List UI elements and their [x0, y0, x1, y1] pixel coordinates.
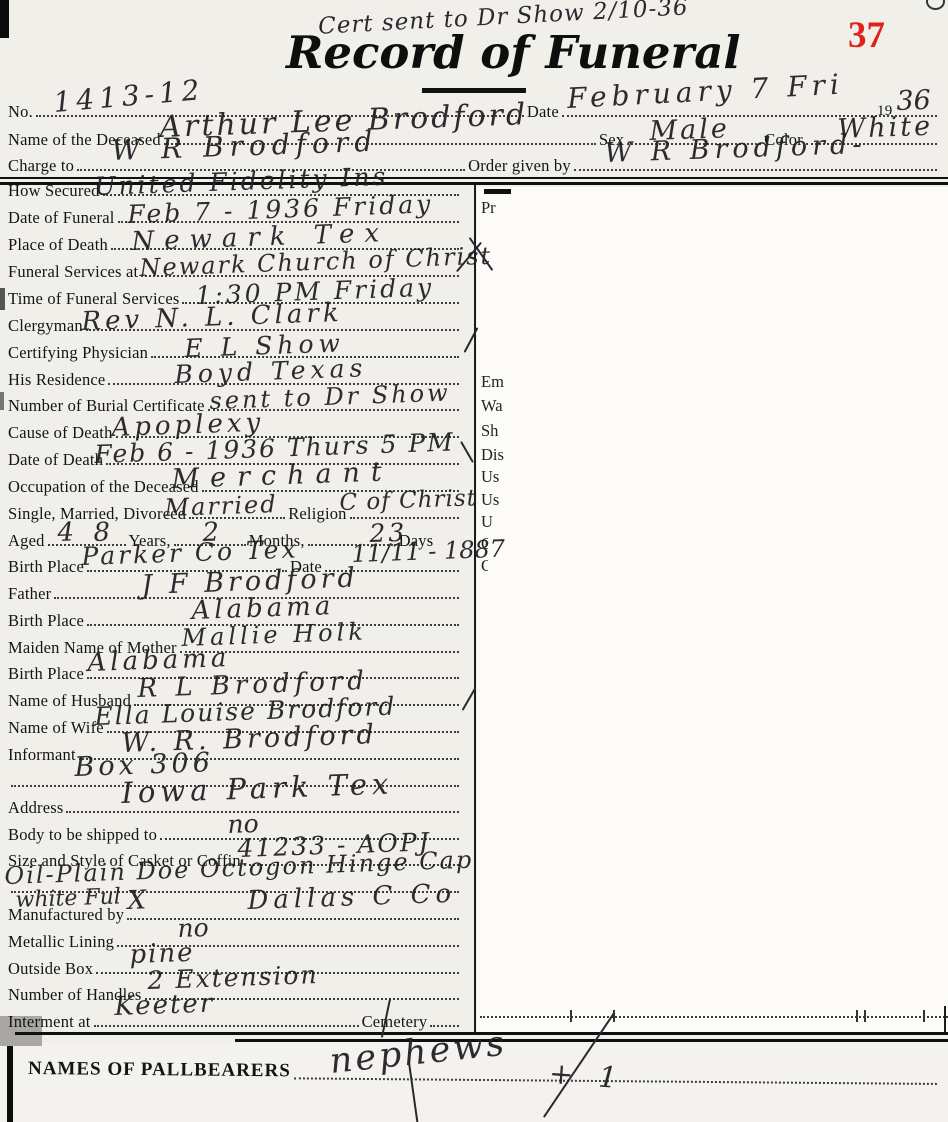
table-column-tick — [856, 1010, 858, 1022]
field-label: Funeral Services at — [8, 264, 138, 281]
field-label: Birth Place — [8, 613, 84, 630]
field-label: Place of Death — [8, 237, 108, 254]
right-col-label-u: U — [481, 512, 493, 532]
table-column-tick — [570, 1010, 572, 1022]
punch-hole-mark — [926, 0, 945, 10]
aged-label: Aged — [8, 533, 45, 550]
document-title: Record of Funeral — [286, 26, 716, 79]
field-label: Certifying Physician — [8, 345, 148, 362]
field-label: Outside Box — [8, 961, 93, 978]
field-label: Body to be shipped to — [8, 827, 157, 844]
dotted-line — [430, 1024, 459, 1027]
date-label: Date — [527, 104, 559, 121]
field-label: Occupation of the Deceased — [8, 479, 199, 496]
pallbearers-label: NAMES OF PALLBEARERS — [28, 1058, 291, 1082]
right-col-label-pr: Pr — [481, 198, 496, 218]
field-label: Informant — [8, 747, 76, 764]
table-edge-line — [944, 1006, 946, 1034]
field-label: Birth Place — [8, 666, 84, 683]
right-col-label-c2: C — [481, 556, 488, 576]
field-label: Name of Wife — [8, 720, 104, 737]
dotted-line — [66, 810, 459, 813]
right-col-label-em: Em — [481, 372, 504, 392]
birthplace-label: Birth Place — [8, 559, 84, 576]
field-label: Address — [8, 800, 63, 817]
order-given-by-label: Order given by — [468, 158, 571, 175]
field-label: Cause of Death — [8, 425, 113, 442]
dotted-line — [574, 168, 937, 171]
no-label: No. — [8, 104, 33, 121]
field-label: Clergyman — [8, 318, 83, 335]
page-number: 37 — [848, 14, 885, 57]
cemetery-label: Cemetery — [362, 1014, 428, 1031]
hw-casket-trim: white Ful — [15, 884, 121, 913]
field-label: Date of Death — [8, 452, 103, 469]
right-col-label-dis: Dis — [481, 445, 504, 465]
scan-artifact — [0, 392, 4, 410]
form-row-metallic-lining: Metallic Lining — [8, 928, 462, 950]
right-col-label-c1: C — [481, 534, 488, 554]
right-col-label-us1: Us — [481, 467, 499, 487]
title-underline — [422, 88, 526, 93]
scan-artifact — [7, 1046, 13, 1122]
right-column-bar — [484, 189, 511, 194]
hw-interment-at: Keeter — [114, 989, 215, 1022]
scan-artifact — [0, 0, 9, 38]
table-column-tick — [864, 1010, 866, 1022]
hw-manufactured-x: X — [127, 885, 147, 916]
right-column-panel — [477, 187, 948, 1032]
hw-marital-status: Married — [164, 490, 278, 522]
field-label: Date of Funeral — [8, 210, 115, 227]
field-label: How Secured — [8, 183, 100, 200]
charge-to-label: Charge to — [8, 158, 74, 175]
field-label: Father — [8, 586, 51, 603]
funeral-record-document: Cert sent to Dr Show 2/10-36 Record of F… — [0, 0, 948, 1122]
dotted-line — [94, 1024, 359, 1027]
right-col-label-us2: Us — [481, 490, 499, 510]
hw-aged-years-1: 4 — [57, 517, 75, 548]
right-col-label-wa: Wa — [481, 396, 503, 416]
form-row-interment: Interment at Cemetery — [8, 1008, 462, 1030]
field-label: His Residence — [8, 372, 105, 389]
scan-artifact — [0, 288, 5, 310]
hw-religion: C of Christ — [339, 485, 477, 516]
religion-label: Religion — [288, 506, 346, 523]
table-column-tick — [923, 1010, 925, 1022]
table-bottom-dotted-line — [480, 1016, 948, 1018]
handwriting-stroke — [460, 441, 474, 463]
column-divider — [474, 185, 476, 1032]
right-col-label-sh: Sh — [481, 421, 498, 441]
field-label: Metallic Lining — [8, 934, 114, 951]
interment-label: Interment at — [8, 1014, 91, 1031]
